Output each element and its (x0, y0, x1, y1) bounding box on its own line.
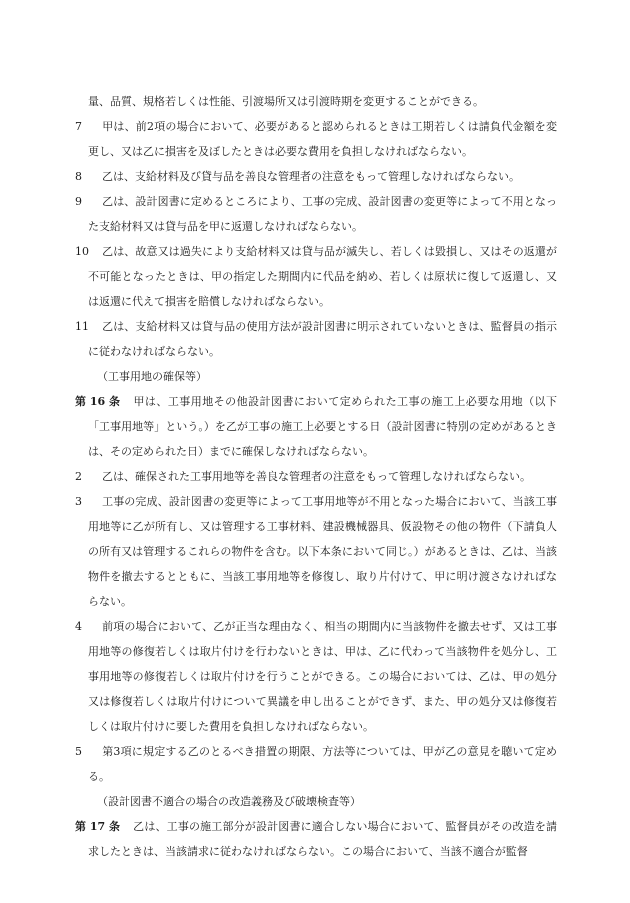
paragraph-text: 量、品質、規格若しくは性能、引渡場所又は引渡時期を変更することができる。 (88, 95, 484, 108)
item-number: 8 (75, 164, 102, 189)
item-number: 2 (75, 464, 102, 489)
article-paragraph: 第 16 条甲は、工事用地その他設計図書において定められた工事の施工上必要な用地… (75, 389, 557, 464)
item-number: 10 (75, 239, 102, 264)
article-label: 第 16 条 (75, 389, 133, 414)
clause-item: 8乙は、支給材料及び貸与品を善良な管理者の注意をもって管理しなければならない。 (75, 164, 557, 189)
section-heading: （設計図書不適合の場合の改造義務及び破壊検査等） (75, 789, 557, 814)
item-number: 7 (75, 114, 102, 139)
clause-item: 3工事の完成、設計図書の変更等によって工事用地等が不用となった場合において、当該… (75, 489, 557, 614)
paragraph-text: 乙は、故意又は過失により支給材料又は貸与品が滅失し、若しくは毀損し、又はその返還… (88, 245, 557, 308)
clause-item: 5第3項に規定する乙のとるべき措置の期限、方法等については、甲が乙の意見を聴いて… (75, 739, 557, 789)
article-label: 第 17 条 (75, 814, 133, 839)
paragraph-text: 甲は、工事用地その他設計図書において定められた工事の施工上必要な用地（以下「工事… (88, 395, 557, 458)
section-heading: （工事用地の確保等） (75, 364, 557, 389)
article-paragraph: 第 17 条乙は、工事の施工部分が設計図書に適合しない場合において、監督員がその… (75, 814, 557, 864)
clause-item: 10乙は、故意又は過失により支給材料又は貸与品が滅失し、若しくは毀損し、又はその… (75, 239, 557, 314)
item-number: 11 (75, 314, 102, 339)
document-page: 量、品質、規格若しくは性能、引渡場所又は引渡時期を変更することができる。7甲は、… (0, 0, 630, 903)
paragraph-text: （工事用地の確保等） (97, 370, 207, 383)
item-number: 5 (75, 739, 102, 764)
paragraph-text: 乙は、支給材料又は貸与品の使用方法が設計図書に明示されていないときは、監督員の指… (88, 320, 557, 358)
paragraph-text: 乙は、確保された工事用地等を善良な管理者の注意をもって管理しなければならない。 (102, 470, 531, 483)
clause-item: 4前項の場合において、乙が正当な理由なく、相当の期間内に当該物件を撤去せず、又は… (75, 614, 557, 739)
item-number: 4 (75, 614, 102, 639)
item-number: 3 (75, 489, 102, 514)
paragraph-text: （設計図書不適合の場合の改造義務及び破壊検査等） (97, 795, 361, 808)
paragraph-text: 前項の場合において、乙が正当な理由なく、相当の期間内に当該物件を撤去せず、又は工… (88, 620, 557, 733)
clause-item: 9乙は、設計図書に定めるところにより、工事の完成、設計図書の変更等によって不用と… (75, 189, 557, 239)
paragraph-text: 乙は、設計図書に定めるところにより、工事の完成、設計図書の変更等によって不用とな… (88, 195, 557, 233)
paragraph-text: 乙は、工事の施工部分が設計図書に適合しない場合において、監督員がその改造を請求し… (88, 820, 557, 858)
paragraph-text: 乙は、支給材料及び貸与品を善良な管理者の注意をもって管理しなければならない。 (102, 170, 520, 183)
clause-item: 7甲は、前2項の場合において、必要があると認められるときは工期若しくは請負代金額… (75, 114, 557, 164)
paragraph-text: 第3項に規定する乙のとるべき措置の期限、方法等については、甲が乙の意見を聴いて定… (88, 745, 557, 783)
paragraph-text: 甲は、前2項の場合において、必要があると認められるときは工期若しくは請負代金額を… (88, 120, 557, 158)
clause-item: 11乙は、支給材料又は貸与品の使用方法が設計図書に明示されていないときは、監督員… (75, 314, 557, 364)
paragraph-text: 工事の完成、設計図書の変更等によって工事用地等が不用となった場合において、当該工… (88, 495, 557, 608)
document-content: 量、品質、規格若しくは性能、引渡場所又は引渡時期を変更することができる。7甲は、… (75, 89, 557, 864)
item-number: 9 (75, 189, 102, 214)
clause-item: 2乙は、確保された工事用地等を善良な管理者の注意をもって管理しなければならない。 (75, 464, 557, 489)
continuation-paragraph: 量、品質、規格若しくは性能、引渡場所又は引渡時期を変更することができる。 (75, 89, 557, 114)
